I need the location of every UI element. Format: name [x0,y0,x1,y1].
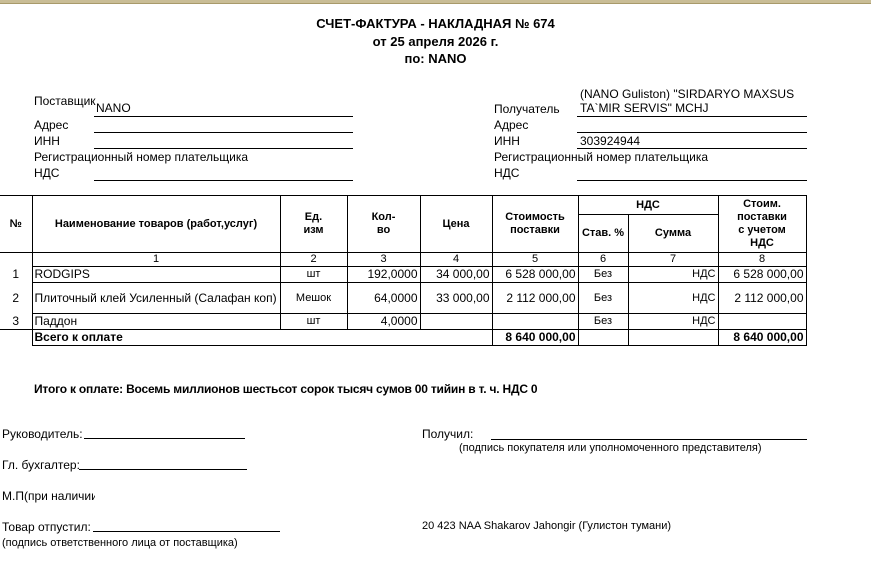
supplier-vat-underline [94,180,353,181]
total-cost: 8 640 000,00 [492,330,578,346]
row-total: 2 112 000,00 [718,283,806,314]
col-header-total: Стоим.поставкис учетомНДС [718,196,806,253]
released-label: Товар отпустил: [2,520,91,534]
recipient-name-line2: TA`MIR SERVIS" MCHJ [580,101,709,115]
row-num: 3 [0,314,32,330]
supplier-name: NANO [96,101,131,115]
row-name: RODGIPS [32,267,280,283]
row-vat-sum: НДС [628,267,718,283]
recipient-name-line1: (NANO Guliston) "SIRDARYO MAXSUS [580,87,794,101]
row-qty: 192,0000 [347,267,420,283]
col-header-name: Наименование товаров (работ,услуг) [32,196,280,253]
accountant-label: Гл. бухгалтер: [2,458,80,472]
recipient-inn-underline [577,148,807,149]
table-index-row: 12345678 [0,253,806,267]
col-header-vat-group: НДС [578,196,718,215]
index-cell: 3 [347,253,420,267]
row-price [420,314,492,330]
director-signature-line [84,438,245,439]
index-cell: 4 [420,253,492,267]
recipient-label: Получатель [494,102,560,116]
row-total: 6 528 000,00 [718,267,806,283]
received-note: (подпись покупателя или уполномоченного … [459,442,762,454]
supplier-label: Поставщик [34,94,96,108]
table-header-row-1: № Наименование товаров (работ,услуг) Ед.… [0,196,806,215]
index-cell: 1 [32,253,280,267]
row-cost: 6 528 000,00 [492,267,578,283]
recipient-inn-label: ИНН [494,134,520,148]
row-cost: 2 112 000,00 [492,283,578,314]
supplier-name-underline [94,116,353,117]
stamp-label: М.П(при наличии [2,489,95,503]
row-unit: шт [280,267,347,283]
total-label: Всего к оплате [32,330,492,346]
index-cell: 5 [492,253,578,267]
row-vat-sum: НДС [628,283,718,314]
document-date: от 25 апреля 2026 г. [0,34,871,49]
row-vat-rate: Без [578,314,628,330]
row-cost [492,314,578,330]
recipient-vat-label: НДС [494,166,519,180]
amount-in-words: Итого к оплате: Восемь миллионов шестьсо… [34,382,537,396]
row-num: 2 [0,283,32,314]
col-header-price: Цена [420,196,492,253]
total-vat-sum-empty [628,330,718,346]
row-price: 34 000,00 [420,267,492,283]
invoice-table: № Наименование товаров (работ,услуг) Ед.… [0,195,807,346]
index-cell: 8 [718,253,806,267]
released-signature-line [93,531,280,532]
row-price: 33 000,00 [420,283,492,314]
director-label: Руководитель: [2,427,83,441]
table-row: 2Плиточный клей Усиленный (Салафан коп)М… [0,283,806,314]
recipient-vat-underline [577,180,807,181]
supplier-reg-label: Регистрационный номер плательщика [34,150,248,164]
total-with-vat: 8 640 000,00 [718,330,806,346]
recipient-inn: 303924944 [580,134,640,148]
row-total [718,314,806,330]
row-qty: 64,0000 [347,283,420,314]
table-row: 1RODGIPSшт192,000034 000,006 528 000,00Б… [0,267,806,283]
row-vat-sum: НДС [628,314,718,330]
received-signature-line [491,439,807,440]
supplier-vat-label: НДС [34,166,59,180]
index-cell-empty [0,253,32,267]
index-cell: 7 [628,253,718,267]
row-qty: 4,0000 [347,314,420,330]
col-header-unit: Ед.изм [280,196,347,253]
recipient-address-label: Адрес [494,118,528,132]
table-total-row: Всего к оплате 8 640 000,00 8 640 000,00 [0,330,806,346]
row-num: 1 [0,267,32,283]
col-header-vat-rate: Став. % [578,215,628,253]
row-name: Паддон [32,314,280,330]
row-unit: Мешок [280,283,347,314]
index-cell: 2 [280,253,347,267]
document-title: СЧЕТ-ФАКТУРА - НАКЛАДНАЯ № 674 [0,16,871,31]
total-vat-rate-empty [578,330,628,346]
received-label: Получил: [422,427,473,441]
row-unit: шт [280,314,347,330]
col-header-cost: Стоимостьпоставки [492,196,578,253]
supplier-inn-label: ИНН [34,134,60,148]
recipient-reg-label: Регистрационный номер плательщика [494,150,708,164]
supplier-address-label: Адрес [34,118,68,132]
released-note: (подпись ответственного лица от поставщи… [2,537,238,549]
row-vat-rate: Без [578,283,628,314]
supplier-address-underline [94,132,353,133]
col-header-qty: Кол-во [347,196,420,253]
recipient-name-underline [577,116,807,117]
top-ruler-strip [0,0,871,4]
table-row: 3Паддоншт4,0000БезНДС [0,314,806,330]
col-header-num: № [0,196,32,253]
document-by: по: NANO [0,51,871,66]
table-body: 1RODGIPSшт192,000034 000,006 528 000,00Б… [0,267,806,330]
supplier-inn-underline [94,148,353,149]
index-cell: 6 [578,253,628,267]
col-header-vat-sum: Сумма [628,215,718,253]
recipient-address-underline [577,132,807,133]
accountant-signature-line [79,469,247,470]
total-num-empty [0,330,32,346]
row-vat-rate: Без [578,267,628,283]
row-name: Плиточный клей Усиленный (Салафан коп) [32,283,280,314]
agent-info: 20 423 NAA Shakarov Jahongir (Гулистон т… [422,520,671,532]
